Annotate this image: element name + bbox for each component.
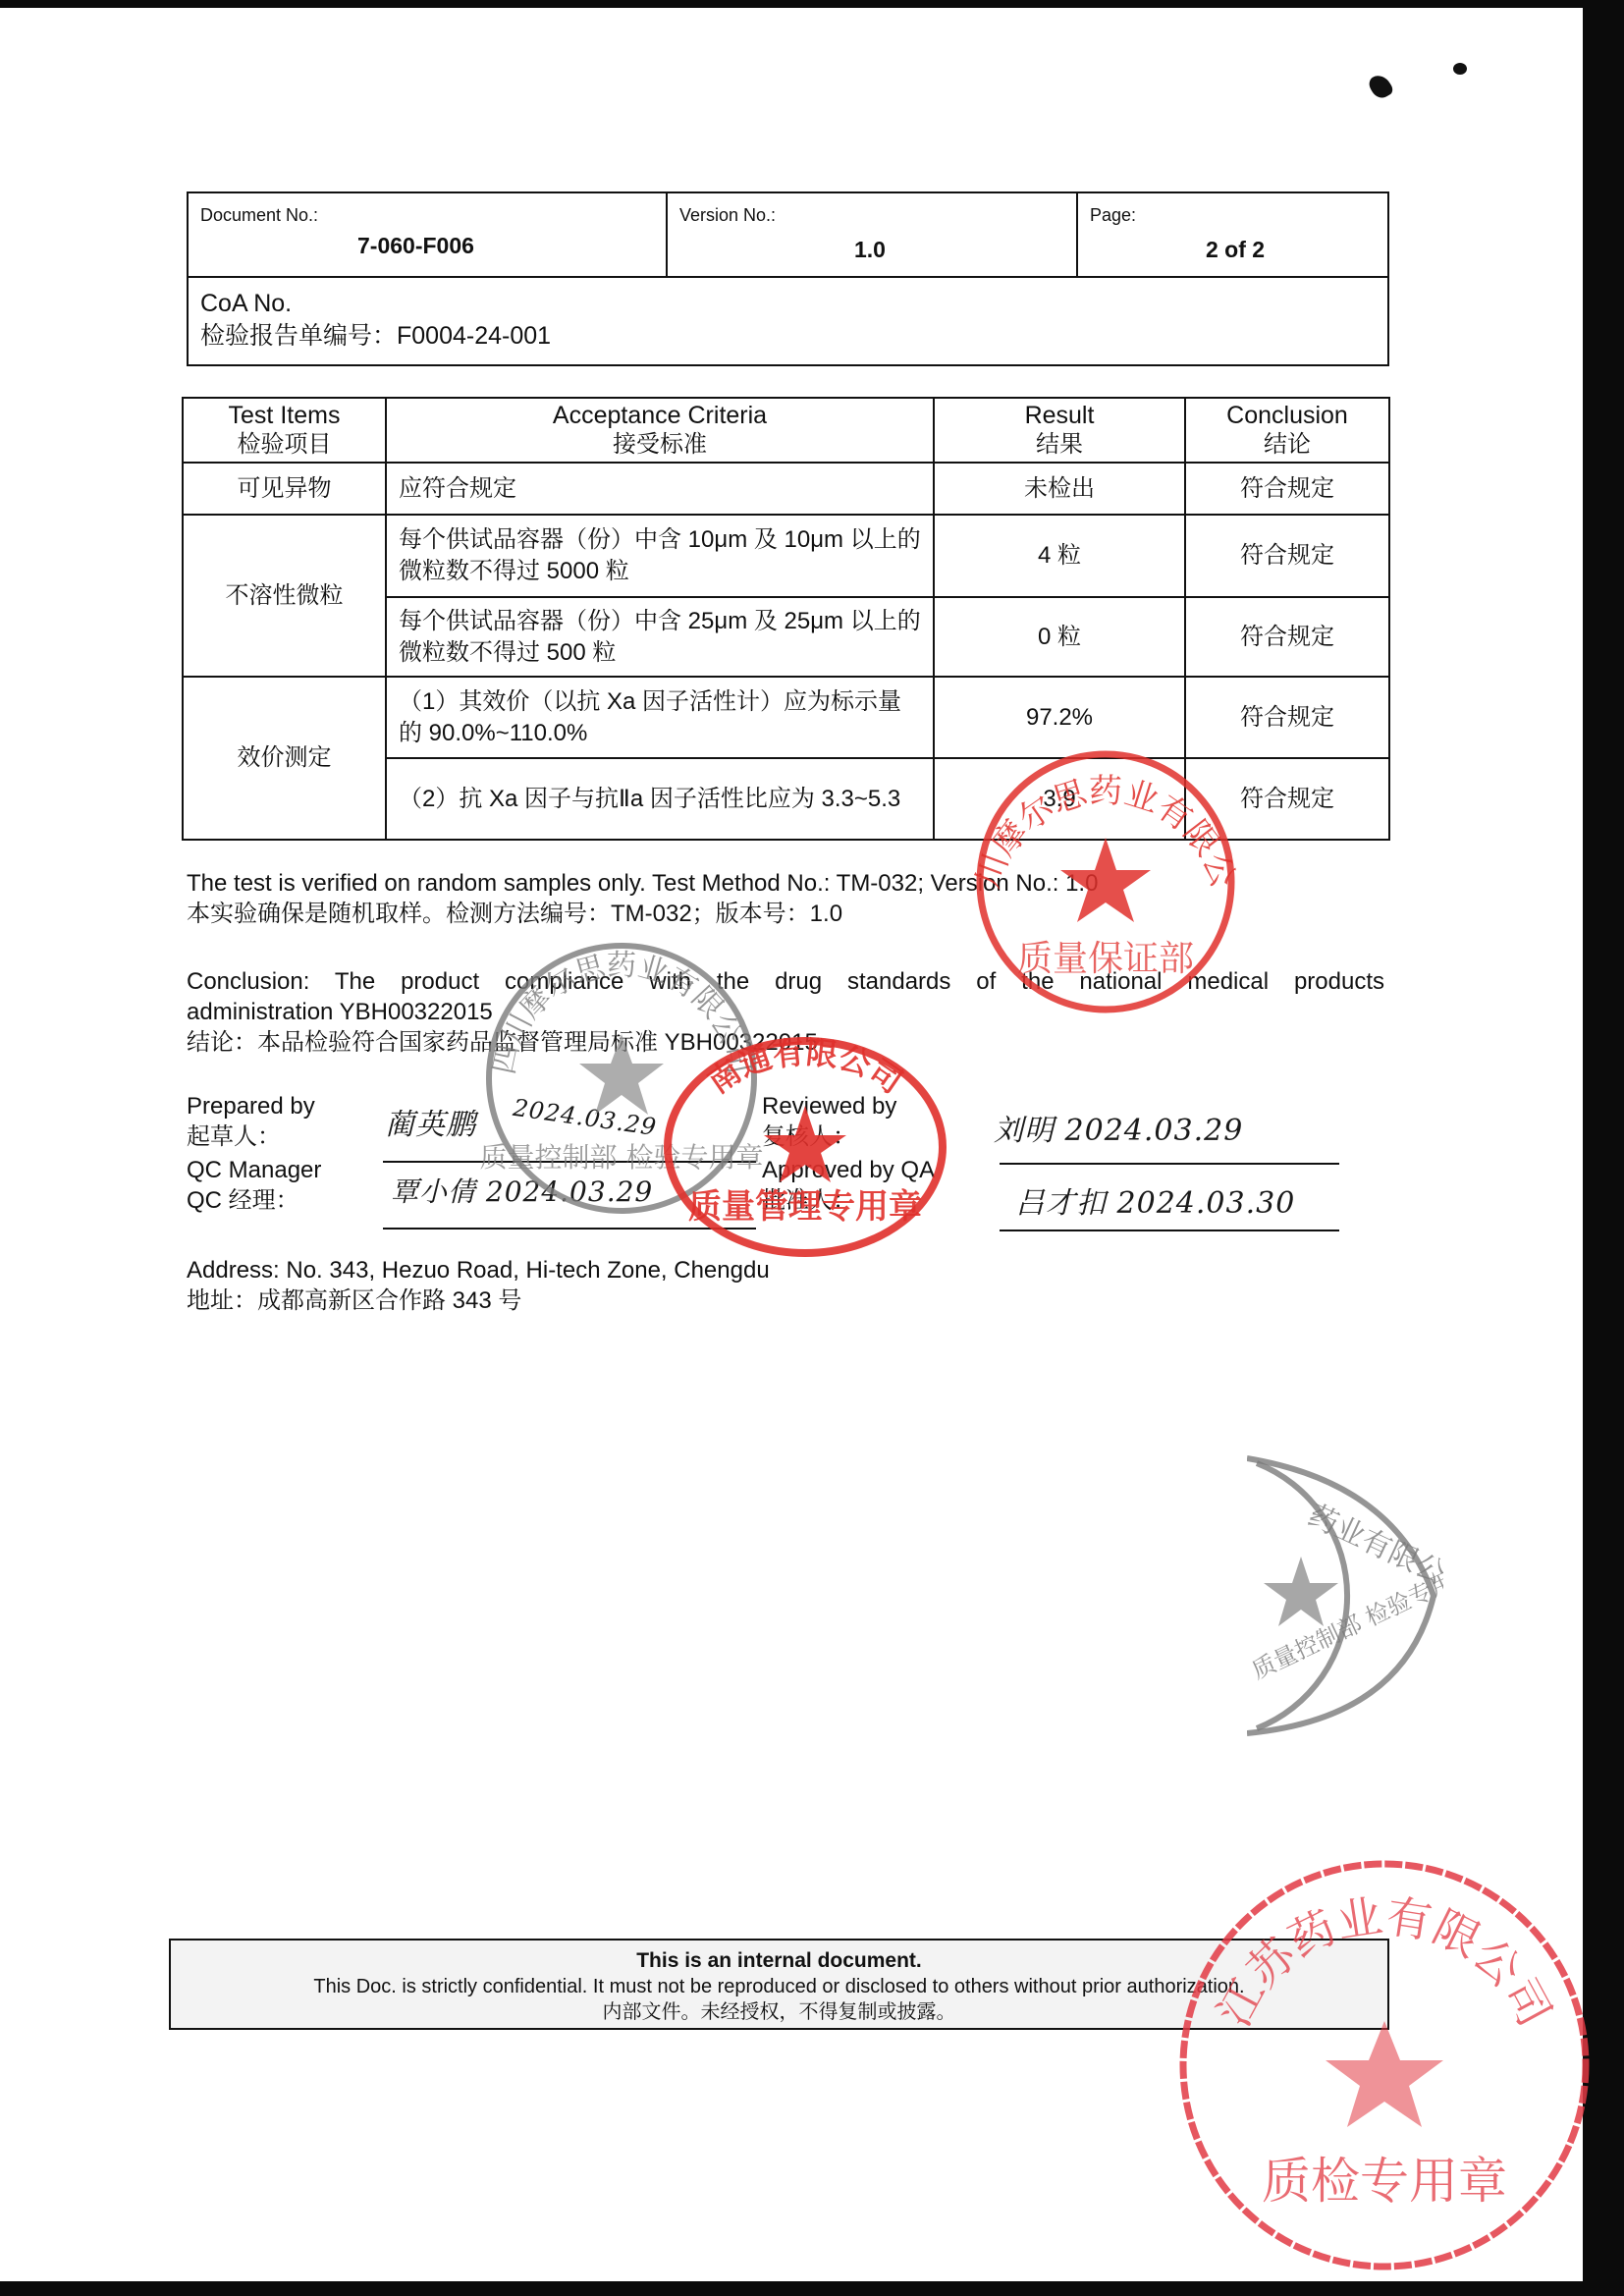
result: 4 粒 <box>934 515 1185 597</box>
document-no-value: 7-060-F006 <box>357 233 474 259</box>
reviewed-by-signature: 刘明 2024.03.29 <box>994 1106 1243 1149</box>
document-header: Document No.: 7-060-F006 Version No.: 1.… <box>187 191 1389 366</box>
result: 97.2% <box>934 677 1185 758</box>
test-results-table: Test Items检验项目 Acceptance Criteria接受标准 R… <box>182 397 1390 841</box>
svg-text:质检专用章: 质检专用章 <box>1262 2153 1507 2210</box>
table-row: 不溶性微粒 每个供试品容器（份）中含 10μm 及 10μm 以上的微粒数不得过… <box>183 515 1389 597</box>
qc-manager-label: QC Manager QC 经理： <box>187 1155 321 1216</box>
svg-text:药业有限公司: 药业有限公司 <box>1303 1499 1443 1605</box>
test-item: 可见异物 <box>183 463 386 515</box>
test-item: 效价测定 <box>183 677 386 840</box>
conclusion: 符合规定 <box>1185 677 1389 758</box>
result: 未检出 <box>934 463 1185 515</box>
coa-number-value: 检验报告单编号：F0004-24-001 <box>200 320 551 353</box>
acceptance-criteria: （1）其效价（以抗 Xa 因子活性计）应为标示量的 90.0%~110.0% <box>386 677 934 758</box>
internal-document-title: This is an internal document. <box>171 1948 1387 1974</box>
approved-by-line <box>1000 1230 1339 1231</box>
conclusion-statement: Conclusion: The product compliance with … <box>187 966 1384 1058</box>
svg-text:质量控制部 检验专用章: 质量控制部 检验专用章 <box>480 1141 764 1174</box>
conclusion-en-line2: administration YBH00322015 <box>187 997 1384 1027</box>
verification-zh: 本实验确保是随机取样。检测方法编号：TM-032；版本号：1.0 <box>187 899 1389 929</box>
reviewed-by-label: Reviewed by 复核人： <box>762 1091 896 1152</box>
version-no-label: Version No.: <box>679 205 776 226</box>
quality-inspection-stamp: 江苏药业有限公司 质检专用章 <box>1168 1854 1600 2276</box>
test-item: 不溶性微粒 <box>183 515 386 677</box>
address: Address: No. 343, Hezuo Road, Hi-tech Zo… <box>187 1255 770 1316</box>
verification-en: The test is verified on random samples o… <box>187 868 1389 899</box>
page-value: 2 of 2 <box>1206 237 1265 263</box>
address-zh: 地址：成都高新区合作路 343 号 <box>187 1285 770 1316</box>
conclusion: 符合规定 <box>1185 463 1389 515</box>
column-header-acceptance-criteria: Acceptance Criteria接受标准 <box>386 398 934 463</box>
acceptance-criteria: 应符合规定 <box>386 463 934 515</box>
coa-number: CoA No. 检验报告单编号：F0004-24-001 <box>200 288 551 353</box>
approved-by-label: Approved by QA 批准人： <box>762 1155 935 1216</box>
qc-manager-line <box>383 1228 756 1230</box>
prepared-by-label: Prepared by 起草人： <box>187 1091 315 1152</box>
table-header-row: Test Items检验项目 Acceptance Criteria接受标准 R… <box>183 398 1389 463</box>
prepared-by-line <box>383 1161 756 1163</box>
confidentiality-text-en: This Doc. is strictly confidential. It m… <box>171 1974 1387 1999</box>
coa-label: CoA No. <box>200 288 551 320</box>
prepared-by-signature: 蔺英鹏 <box>385 1100 476 1143</box>
acceptance-criteria: 每个供试品容器（份）中含 10μm 及 10μm 以上的微粒数不得过 5000 … <box>386 515 934 597</box>
confidentiality-text-zh: 内部文件。未经授权，不得复制或披露。 <box>171 1999 1387 2025</box>
reviewed-by-line <box>1000 1163 1339 1165</box>
address-en: Address: No. 343, Hezuo Road, Hi-tech Zo… <box>187 1255 770 1285</box>
page-label: Page: <box>1090 205 1136 226</box>
scan-artifact <box>1453 63 1467 75</box>
column-header-test-items: Test Items检验项目 <box>183 398 386 463</box>
document-no-cell: Document No.: 7-060-F006 <box>189 193 668 276</box>
qc-manager-signature: 覃小倩 2024.03.29 <box>391 1171 653 1210</box>
acceptance-criteria: 每个供试品容器（份）中含 25μm 及 25μm 以上的微粒数不得过 500 粒 <box>386 597 934 677</box>
conclusion-zh: 结论：本品检验符合国家药品监督管理局标准 YBH00322015 <box>187 1027 1384 1058</box>
scan-artifact <box>1366 72 1394 102</box>
approved-by-signature: 吕才扣 2024.03.30 <box>1015 1178 1295 1222</box>
svg-text:质量控制部 检验专用章: 质量控制部 检验专用章 <box>1248 1557 1443 1684</box>
verification-statement: The test is verified on random samples o… <box>187 868 1389 929</box>
document-page: Document No.: 7-060-F006 Version No.: 1.… <box>0 8 1583 2281</box>
table-row: 效价测定 （1）其效价（以抗 Xa 因子活性计）应为标示量的 90.0%~110… <box>183 677 1389 758</box>
page-cell: Page: 2 of 2 <box>1078 193 1387 276</box>
confidentiality-notice: This is an internal document. This Doc. … <box>169 1939 1389 2030</box>
table-row: 可见异物 应符合规定 未检出 符合规定 <box>183 463 1389 515</box>
version-no-cell: Version No.: 1.0 <box>668 193 1078 276</box>
column-header-result: Result结果 <box>934 398 1185 463</box>
prepared-by-date: 2024.03.29 <box>512 1094 659 1141</box>
conclusion: 符合规定 <box>1185 597 1389 677</box>
document-no-label: Document No.: <box>200 205 318 226</box>
qc-inspection-stamp-right: 药业有限公司 质量控制部 检验专用章 <box>1247 1444 1443 1748</box>
conclusion: 符合规定 <box>1185 758 1389 840</box>
version-no-value: 1.0 <box>854 237 886 263</box>
result: 3.9 <box>934 758 1185 840</box>
conclusion-en-line1: Conclusion: The product compliance with … <box>187 966 1384 997</box>
conclusion: 符合规定 <box>1185 515 1389 597</box>
column-header-conclusion: Conclusion结论 <box>1185 398 1389 463</box>
result: 0 粒 <box>934 597 1185 677</box>
acceptance-criteria: （2）抗 Xa 因子与抗Ⅱa 因子活性比应为 3.3~5.3 <box>386 758 934 840</box>
